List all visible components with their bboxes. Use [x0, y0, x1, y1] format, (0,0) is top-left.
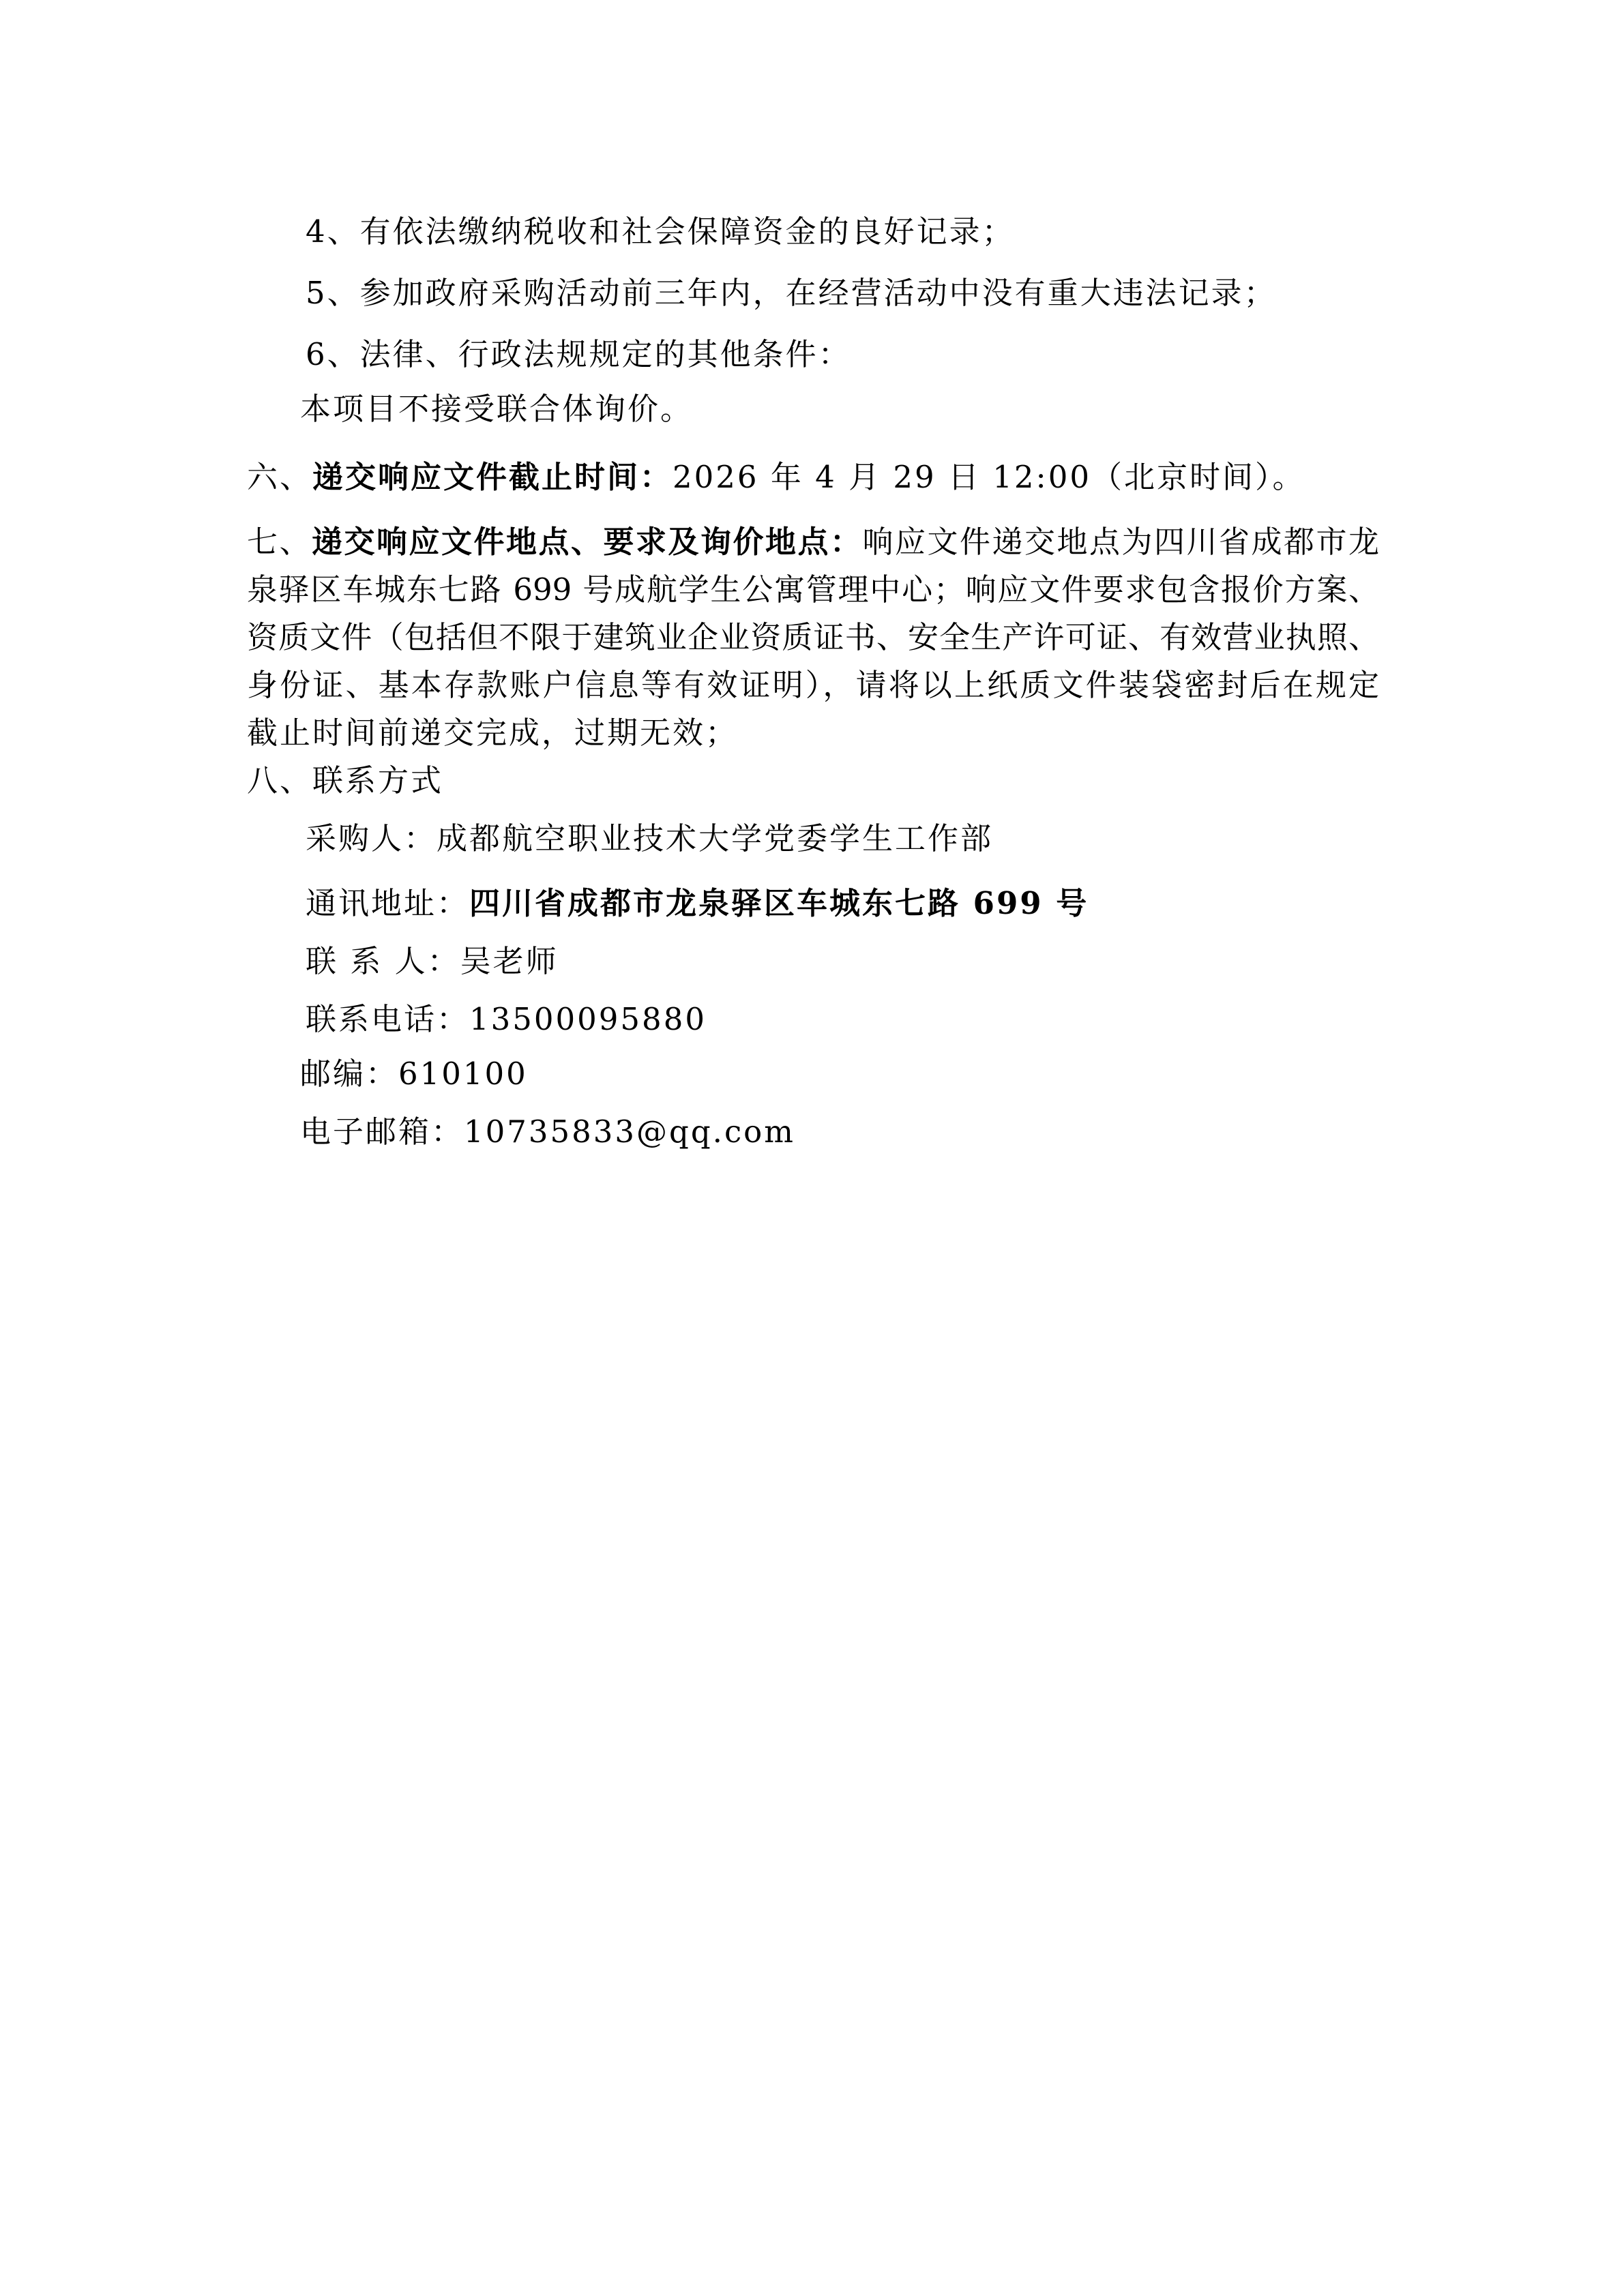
contact-row: 联 系 人：吴老师 — [306, 941, 559, 982]
qualification-item-4: 4、有依法缴纳税收和社会保障资金的良好记录； — [306, 211, 1015, 252]
section-7-line-5: 截止时间前递交完成，过期无效； — [247, 713, 738, 754]
purchaser-value: 成都航空职业技术大学党委学生工作部 — [437, 820, 993, 856]
email-value: 10735833@qq.com — [464, 1114, 795, 1150]
section-7-line-1: 七、递交响应文件地点、要求及询价地点：响应文件递交地点为四川省成都市龙 — [247, 522, 1379, 563]
purchaser-row: 采购人：成都航空职业技术大学党委学生工作部 — [306, 818, 993, 859]
consortium-note: 本项目不接受联合体询价。 — [300, 389, 693, 430]
section-6-number: 六、 — [247, 459, 312, 495]
phone-value: 13500095880 — [469, 1001, 707, 1037]
contact-value: 吴老师 — [460, 943, 559, 979]
qualification-item-6: 6、法律、行政法规规定的其他条件： — [306, 334, 851, 375]
section-7-number: 七、 — [247, 524, 312, 560]
postcode-label: 邮编： — [300, 1056, 398, 1092]
address-row: 通讯地址：四川省成都市龙泉驿区车城东七路 699 号 — [306, 883, 1089, 924]
phone-row: 联系电话：13500095880 — [306, 999, 707, 1040]
document-page: 4、有依法缴纳税收和社会保障资金的良好记录； 5、参加政府采购活动前三年内，在经… — [0, 0, 1624, 2296]
section-6-text: 2026 年 4 月 29 日 12:00（北京时间）。 — [673, 459, 1305, 495]
section-7-line-3: 资质文件（包括但不限于建筑业企业资质证书、安全生产许可证、有效营业执照、 — [247, 617, 1379, 658]
contact-label: 联 系 人： — [306, 943, 460, 979]
section-6-deadline: 六、递交响应文件截止时间：2026 年 4 月 29 日 12:00（北京时间）… — [247, 457, 1305, 498]
purchaser-label: 采购人： — [306, 820, 437, 856]
email-row: 电子邮箱：10735833@qq.com — [300, 1112, 795, 1152]
section-7-text-1: 响应文件递交地点为四川省成都市龙 — [862, 524, 1378, 560]
email-label: 电子邮箱： — [300, 1114, 464, 1150]
phone-label: 联系电话： — [306, 1001, 469, 1037]
qualification-item-5: 5、参加政府采购活动前三年内，在经营活动中没有重大违法记录； — [306, 273, 1277, 314]
section-7-heading: 递交响应文件地点、要求及询价地点： — [312, 524, 862, 560]
section-7-line-2: 泉驿区车城东七路 699 号成航学生公寓管理中心；响应文件要求包含报价方案、 — [247, 569, 1379, 610]
section-6-heading: 递交响应文件截止时间： — [312, 459, 673, 495]
postcode-row: 邮编：610100 — [300, 1054, 528, 1094]
section-8-title: 八、联系方式 — [247, 760, 443, 801]
section-7-line-4: 身份证、基本存款账户信息等有效证明），请将以上纸质文件装袋密封后在规定 — [247, 665, 1379, 706]
address-value: 四川省成都市龙泉驿区车城东七路 699 号 — [469, 885, 1089, 921]
address-label: 通讯地址： — [306, 885, 469, 921]
postcode-value: 610100 — [398, 1056, 528, 1092]
